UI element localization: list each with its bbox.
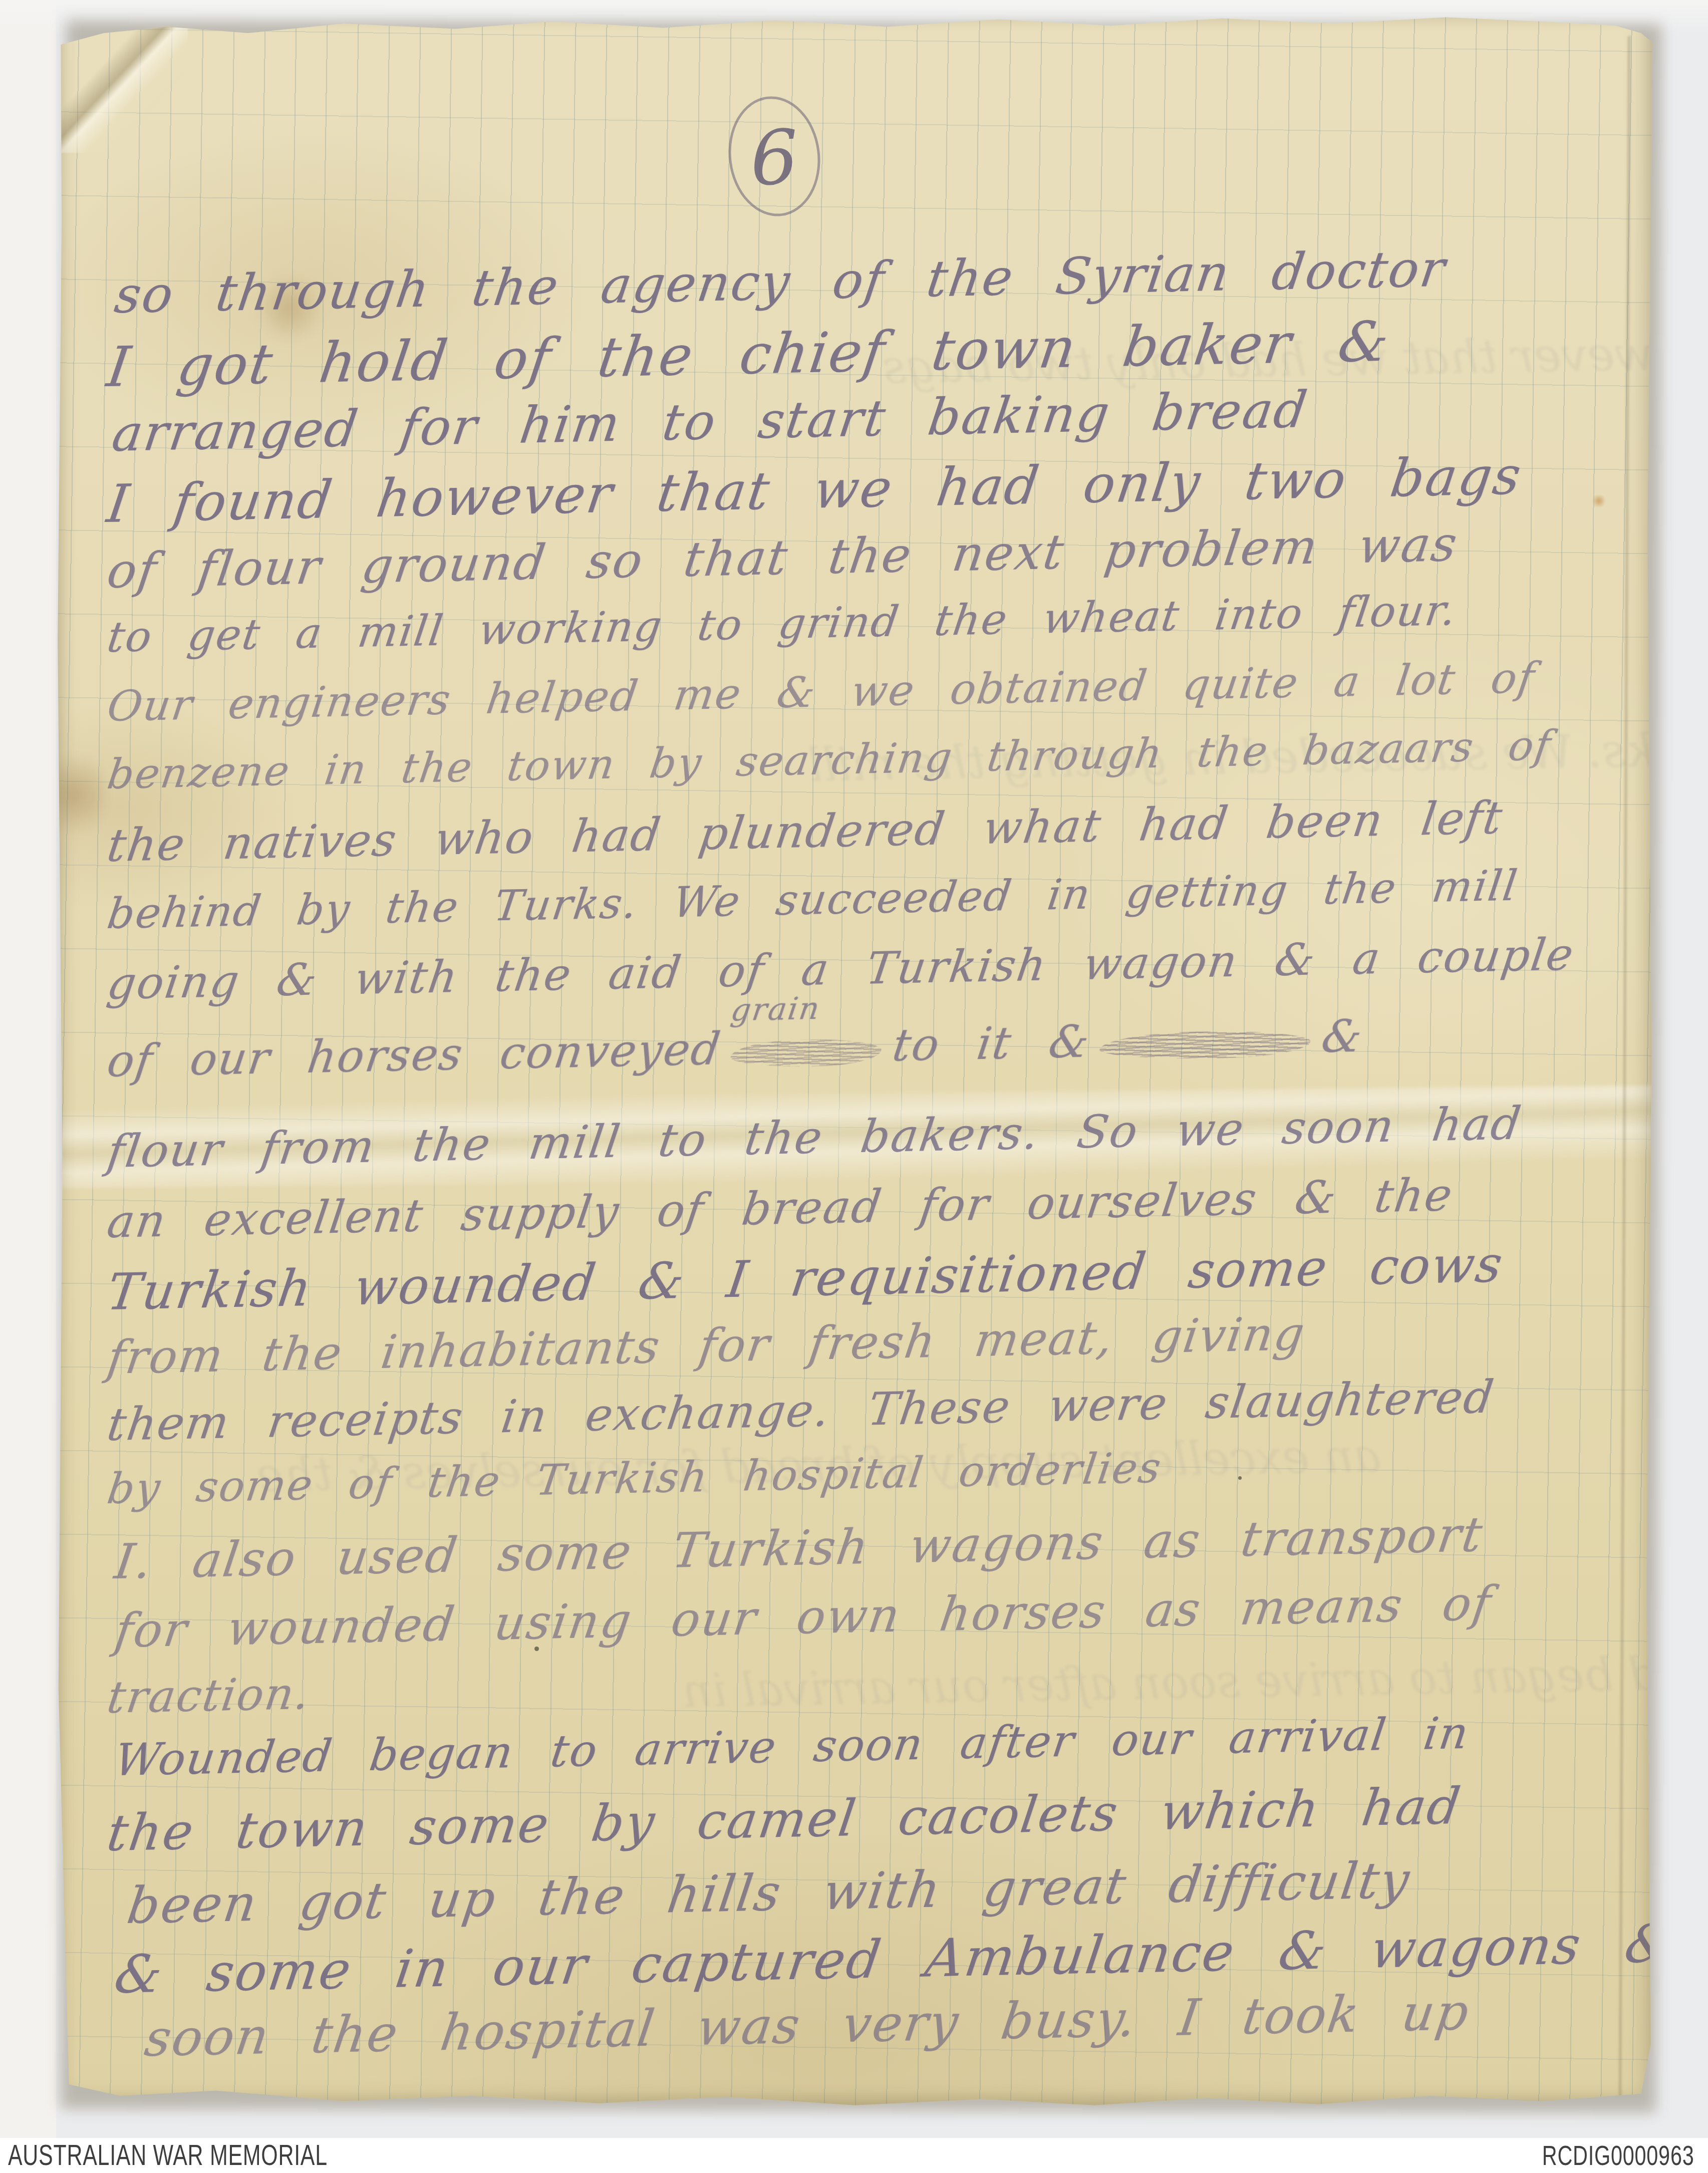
awm-brand-label: AUSTRALIAN WAR MEMORIAL xyxy=(8,2138,328,2173)
handwritten-line-21: traction. xyxy=(105,1672,313,1720)
crossed-out-word: grain xyxy=(718,1023,896,1071)
page-number: 6 xyxy=(749,114,799,202)
line12-text-middle: to it & xyxy=(890,1015,1093,1071)
scanner-margin-left xyxy=(0,0,56,2138)
scribble-deletion-2 xyxy=(1098,1029,1312,1061)
manuscript-page: I found however that we had only two bag… xyxy=(56,11,1654,2107)
line12-text-after: & xyxy=(1318,1010,1366,1063)
inserted-word-grain: grain xyxy=(729,993,822,1025)
scribble-deletion-1 xyxy=(729,1038,883,1068)
record-id-label: RCDIG0000963 xyxy=(1542,2138,1694,2173)
footer-bar: AUSTRALIAN WAR MEMORIAL RCDIG0000963 xyxy=(0,2138,1708,2173)
